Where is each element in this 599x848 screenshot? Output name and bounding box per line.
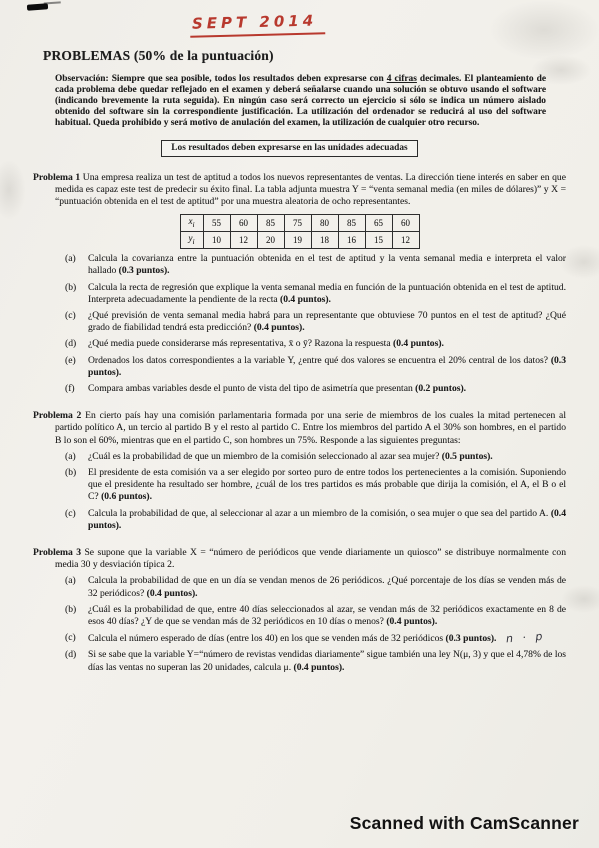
- handwritten-note: n · p: [506, 631, 546, 646]
- table-row: yi1012201918161512: [180, 232, 419, 249]
- item-key: (c): [65, 310, 88, 334]
- item-text: Calcula la covarianza entre la puntuació…: [88, 253, 566, 277]
- problem-1-items: (a)Calcula la covarianza entre la puntua…: [65, 253, 566, 395]
- item-points: (0.6 puntos).: [101, 491, 152, 502]
- item-text: Calcula el número esperado de días (entr…: [88, 632, 566, 645]
- problem-item: (a)Calcula la covarianza entre la puntua…: [65, 253, 566, 277]
- handwritten-date: SEPT 2014: [190, 11, 326, 38]
- table-cell: 85: [257, 215, 284, 232]
- item-points: (0.5 puntos).: [442, 451, 493, 462]
- table-cell: 10: [203, 232, 230, 249]
- problem-2-intro: Problema 2 En cierto país hay una comisi…: [33, 410, 566, 447]
- problem-item: (d)¿Qué media puede considerarse más rep…: [65, 338, 566, 350]
- problem-item: (c)Calcula la probabilidad de que, al se…: [65, 508, 566, 532]
- item-key: (b): [65, 467, 88, 504]
- item-key: (a): [65, 575, 88, 599]
- problem-3: Problema 3 Se supone que la variable X =…: [33, 547, 566, 674]
- item-points: (0.4 puntos).: [280, 294, 331, 305]
- scan-smudge: [0, 160, 26, 220]
- table-row: xi5560857580856560: [180, 215, 419, 232]
- table-cell: 60: [230, 215, 257, 232]
- table-row-header: xi: [180, 215, 203, 232]
- observation-underlined-text: 4 cifras: [387, 74, 417, 84]
- table-cell: 75: [284, 215, 311, 232]
- item-key: (f): [65, 383, 88, 395]
- table-cell: 12: [392, 232, 419, 249]
- item-key: (a): [65, 451, 88, 463]
- problem-item: (a)Calcula la probabilidad de que en un …: [65, 575, 566, 599]
- boxed-note: Los resultados deben expresarse en las u…: [161, 140, 417, 157]
- problem-1: Problema 1 Una empresa realiza un test d…: [33, 172, 566, 396]
- problem-1-data-table: xi5560857580856560yi1012201918161512: [180, 214, 420, 249]
- item-text: Ordenados los datos correspondientes a l…: [88, 355, 566, 379]
- item-points: (0.4 puntos).: [393, 338, 444, 349]
- item-key: (b): [65, 604, 88, 628]
- item-key: (a): [65, 253, 88, 277]
- problem-item: (c)¿Qué previsión de venta semanal media…: [65, 310, 566, 334]
- table-cell: 12: [230, 232, 257, 249]
- table-cell: 55: [203, 215, 230, 232]
- table-cell: 16: [338, 232, 365, 249]
- problem-3-items: (a)Calcula la probabilidad de que en un …: [65, 575, 566, 673]
- item-key: (d): [65, 649, 88, 673]
- problem-3-intro-text: Se supone que la variable X = “número de…: [55, 547, 566, 570]
- item-points: (0.4 puntos).: [254, 322, 305, 333]
- item-key: (c): [65, 508, 88, 532]
- boxed-note-wrapper: Los resultados deben expresarse en las u…: [33, 137, 546, 157]
- table-cell: 80: [311, 215, 338, 232]
- item-points: (0.4 puntos).: [386, 616, 437, 627]
- item-points: (0.3 puntos).: [446, 633, 497, 644]
- item-points: (0.2 puntos).: [415, 383, 466, 394]
- problem-1-label: Problema 1: [33, 172, 80, 183]
- scanned-exam-page: SEPT 2014 PROBLEMAS (50% de la puntuació…: [0, 0, 599, 848]
- problem-item: (a)¿Cuál es la probabilidad de que un mi…: [65, 451, 566, 463]
- problem-item: (f)Compara ambas variables desde el punt…: [65, 383, 566, 395]
- problem-2-items: (a)¿Cuál es la probabilidad de que un mi…: [65, 451, 566, 532]
- page-title: PROBLEMAS (50% de la puntuación): [43, 48, 566, 64]
- item-points: (0.3 puntos).: [88, 355, 566, 378]
- item-text: Si se sabe que la variable Y=“número de …: [88, 649, 566, 673]
- problem-2-intro-text: En cierto país hay una comisión parlamen…: [55, 410, 566, 445]
- table-cell: 65: [365, 215, 392, 232]
- problem-item: (d)Si se sabe que la variable Y=“número …: [65, 649, 566, 673]
- item-text: ¿Cuál es la probabilidad de que, entre 4…: [88, 604, 566, 628]
- item-text: Compara ambas variables desde el punto d…: [88, 383, 566, 395]
- table-cell: 60: [392, 215, 419, 232]
- item-points: (0.3 puntos).: [119, 265, 170, 276]
- problem-3-label: Problema 3: [33, 547, 81, 558]
- problem-item: (b)¿Cuál es la probabilidad de que, entr…: [65, 604, 566, 628]
- table-cell: 19: [284, 232, 311, 249]
- problem-1-intro: Problema 1 Una empresa realiza un test d…: [33, 172, 566, 209]
- problem-3-intro: Problema 3 Se supone que la variable X =…: [33, 547, 566, 571]
- problem-2: Problema 2 En cierto país hay una comisi…: [33, 410, 566, 532]
- scan-artifact-mark: [27, 3, 48, 10]
- item-text: Calcula la probabilidad de que, al selec…: [88, 508, 566, 532]
- item-key: (b): [65, 282, 88, 306]
- observation-text-pre: Observación: Siempre que sea posible, to…: [55, 74, 387, 84]
- table-cell: 20: [257, 232, 284, 249]
- camscanner-watermark: Scanned with CamScanner: [350, 813, 579, 834]
- table-row-header: yi: [180, 232, 203, 249]
- table-cell: 85: [338, 215, 365, 232]
- observation-paragraph: Observación: Siempre que sea posible, to…: [55, 74, 546, 129]
- item-text: ¿Qué media puede considerarse más repres…: [88, 338, 566, 350]
- item-text: Calcula la recta de regresión que expliq…: [88, 282, 566, 306]
- item-key: (c): [65, 632, 88, 645]
- item-points: (0.4 puntos).: [147, 588, 198, 599]
- item-points: (0.4 puntos).: [88, 508, 566, 531]
- item-text: Calcula la probabilidad de que en un día…: [88, 575, 566, 599]
- problem-item: (e)Ordenados los datos correspondientes …: [65, 355, 566, 379]
- problem-item: (c)Calcula el número esperado de días (e…: [65, 632, 566, 645]
- problem-1-intro-text: Una empresa realiza un test de aptitud a…: [55, 172, 566, 207]
- item-points: (0.4 puntos).: [294, 662, 345, 673]
- page-content: PROBLEMAS (50% de la puntuación) Observa…: [33, 48, 566, 674]
- table-cell: 15: [365, 232, 392, 249]
- item-text: ¿Cuál es la probabilidad de que un miemb…: [88, 451, 566, 463]
- scan-smudge: [561, 585, 599, 613]
- item-key: (d): [65, 338, 88, 350]
- problem-2-label: Problema 2: [33, 410, 81, 421]
- problem-item: (b)Calcula la recta de regresión que exp…: [65, 282, 566, 306]
- item-text: ¿Qué previsión de venta semanal media ha…: [88, 310, 566, 334]
- problem-item: (b)El presidente de esta comisión va a s…: [65, 467, 566, 504]
- item-text: El presidente de esta comisión va a ser …: [88, 467, 566, 504]
- table-cell: 18: [311, 232, 338, 249]
- item-key: (e): [65, 355, 88, 379]
